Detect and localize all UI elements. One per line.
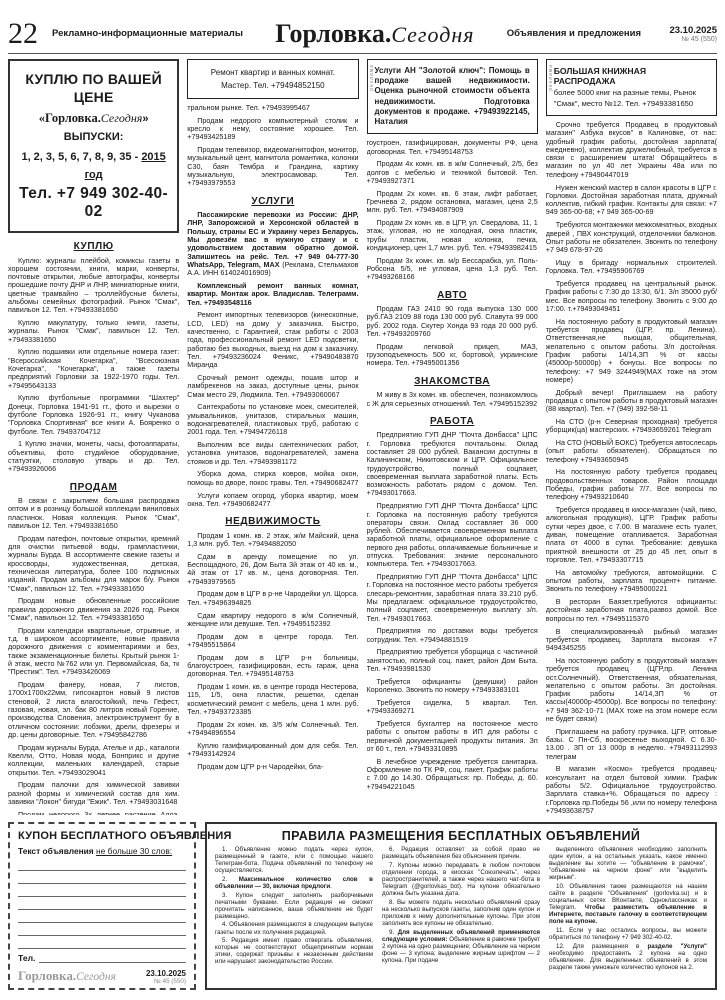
- classified-ad: На постоянную работу в продуктовый магаз…: [546, 318, 717, 384]
- classified-ad: Требуется официанты (девушки) район Коро…: [367, 678, 538, 695]
- coupon-text-label: Текст объявления не больше 30 слов:: [18, 846, 186, 856]
- classified-ad: Предприятию требуется уборщица с частичн…: [367, 648, 538, 673]
- promo-line: 1, 2, 3, 5, 6, 7, 8, 9, 35 - 2015 год: [13, 147, 174, 183]
- section-heading: АВТО: [367, 290, 538, 301]
- classified-ad: Пассажирские перевозки из России: ДНР, Л…: [187, 211, 358, 277]
- rules-column-3: выделенного объявления необходимо заполн…: [549, 846, 707, 973]
- header-right-label: Объявления и предложения: [507, 28, 641, 39]
- promo-segment: «Горловка.: [39, 111, 101, 125]
- coupon-date: 23.10.2025: [146, 969, 186, 978]
- classified-ad: Добрый вечер! Приглашаем на работу прода…: [546, 389, 717, 414]
- classified-ad: Предприятия по доставки воды требуется с…: [367, 627, 538, 644]
- boxed-ad-line: более 5000 книг на разные темы, Рынок: [554, 88, 709, 99]
- classified-ad: 1 Куплю значки, монеты, часы, фотоаппара…: [8, 440, 179, 473]
- classified-ad: Продам 2х комн. кв. 6 этаж, лифт работае…: [367, 190, 538, 215]
- classified-ad: На постоянную работу в продуктовый магаз…: [546, 657, 717, 723]
- classified-ad: В специализированный рыбный магазин треб…: [546, 628, 717, 653]
- rule-item: 7. Купоны можно передавать в любом почто…: [382, 862, 540, 897]
- promo-segment: КУПЛЮ ПО ВАШЕЙ ЦЕНЕ: [25, 71, 161, 105]
- reklama-label: реклама: [548, 64, 554, 91]
- classified-ad: На постоянную работу требуется продавец …: [546, 468, 717, 501]
- rule-item: 2. Максимальное количество слов в объявл…: [215, 876, 373, 890]
- boxed-ad: рекламаБОЛЬШАЯ КНИЖНАЯ РАСПРОДАЖАболее 5…: [546, 59, 717, 116]
- columns: КУПЛЮ ПО ВАШЕЙ ЦЕНЕ«Горловка.Сегодня» ВЫ…: [8, 59, 717, 815]
- classified-ad: Куплю газифицированный дом для себя. Тел…: [187, 742, 358, 759]
- section-heading: УСЛУГИ: [187, 196, 358, 207]
- classified-ad: Продам 3х комн. кв. м/р Бессарабка, ул. …: [367, 257, 538, 282]
- column-2: Ремонт квартир и ванных комнат.Мастер. Т…: [187, 59, 358, 815]
- classified-ad: Продам 2х комн. кв. в ЦГР, ул. Свердлова…: [367, 219, 538, 252]
- column-3: рекламаУслуги АН "Золотой ключ": Помощь …: [367, 59, 538, 815]
- classified-ad: тральном рынке. Тел. +79493995467: [187, 104, 358, 112]
- coupon-logo: Горловка.Сегодня: [18, 967, 116, 985]
- promo-box-buy-issues: КУПЛЮ ПО ВАШЕЙ ЦЕНЕ«Горловка.Сегодня» ВЫ…: [8, 59, 179, 233]
- logo-script-text: Сегодня: [391, 22, 474, 47]
- rule-item: 5. Редакция имеет право отвергать объявл…: [215, 937, 373, 965]
- classified-ad: Продам новые обновленные российские прав…: [8, 597, 179, 622]
- classified-ad: Срочный ремонт одежды, пошив штор и ламб…: [187, 374, 358, 399]
- rule-item: 11. Если у вас остались вопросы, вы може…: [549, 927, 707, 941]
- newspaper-logo: Горловка.Сегодня: [243, 19, 507, 49]
- coupon-logo-script: Сегодня: [76, 971, 116, 983]
- classified-ad: Куплю: журналы плейбой, комиксы газеты в…: [8, 257, 179, 315]
- coupon-write-line: [18, 923, 186, 936]
- rules-column-2: 6. Редакция оставляет за собой право не …: [382, 846, 540, 973]
- classified-ad: Требуется продавец в киоск-магазин (чай,…: [546, 506, 717, 564]
- issue-info: 23.10.2025 № 45 (550): [655, 25, 717, 43]
- classified-ad: В лечебное учреждение требуется санитарк…: [367, 758, 538, 791]
- classified-ad: Сдам квартиру недорого в ж/м Солнечный, …: [187, 612, 358, 629]
- rule-item: 1. Объявление можно подать через купон, …: [215, 846, 373, 874]
- classified-ad: Продам дом в центре города. Тел. +794955…: [187, 633, 358, 650]
- boxed-ad-text: Ремонт квартир и ванных комнат.: [195, 66, 350, 79]
- classified-ad: Продам 1 комн. кв. в центре города Несте…: [187, 683, 358, 716]
- coupon-phone-write-line: [39, 952, 186, 963]
- classified-ad: Сдам в аренду помещение по ул. Беспощадн…: [187, 553, 358, 586]
- promo-line: Тел. +7 949 302-40-02: [13, 185, 174, 221]
- rules-columns: 1. Объявление можно подать через купон, …: [215, 846, 707, 973]
- boxed-ad-text: Мастер. Тел. +79494852150: [195, 79, 350, 92]
- classified-ad: Продам 1 комн. кв. 2 этаж, ж/м Майский, …: [187, 532, 358, 549]
- rule-item: 10. Объявления также размещаются на наше…: [549, 883, 707, 926]
- classified-ad: Требуется продавец на центральный рынок.…: [546, 280, 717, 313]
- classified-ad: Требуется сиделка, 5 квартал. Тел. +7949…: [367, 699, 538, 716]
- coupon-write-line: [18, 884, 186, 897]
- classified-ad: Куплю футбольные программки "Шахтер" Дон…: [8, 394, 179, 435]
- classified-ad: Продам календари квартальные, отрывные, …: [8, 627, 179, 677]
- promo-line: «Горловка.Сегодня» ВЫПУСКИ:: [13, 109, 174, 145]
- classified-ad: Продам телевизор, видеомагнитофон, монит…: [187, 146, 358, 187]
- classified-ad: Продам недорого 3х летнее растение Алоэ.…: [8, 811, 179, 815]
- promo-segment: 1, 2, 3, 5, 6, 7, 8, 9, 35 -: [21, 151, 141, 163]
- column-4: рекламаБОЛЬШАЯ КНИЖНАЯ РАСПРОДАЖАболее 5…: [546, 59, 717, 815]
- classified-ad: Предприятию ГУП ДНР "Почта Донбасса" ЦПС…: [367, 431, 538, 497]
- classified-ad: Требуются монтажники межкомнатных, входн…: [546, 221, 717, 254]
- boxed-ad-title: БОЛЬШАЯ КНИЖНАЯ РАСПРОДАЖА: [554, 66, 709, 86]
- coupon-write-line: [18, 910, 186, 923]
- classified-ad: Продам палочки для химической завивки ра…: [8, 781, 179, 806]
- classified-ad: Ищу в бригаду нормальных строителей. Гор…: [546, 259, 717, 276]
- issue-number: № 45 (550): [655, 36, 717, 43]
- classified-ad: Ремонт импортных телевизоров (кинескопны…: [187, 311, 358, 369]
- free-ad-coupon: КУПОН БЕСПЛАТНОГО ОБЪЯВЛЕНИЯ Текст объяв…: [8, 822, 196, 990]
- classified-ad: На СТО (НОВЫЙ БОКС) Требуется автослесар…: [546, 439, 717, 464]
- coupon-logo-main: Горловка.: [18, 968, 76, 983]
- classified-ad: Продам дом ЦГР р-н Чародейки, бла-: [187, 763, 358, 771]
- classified-ad: В ресторан Баязет,требуются официанты: д…: [546, 598, 717, 623]
- section-heading: ЗНАКОМСТВА: [367, 376, 538, 387]
- classified-ad: Приглашаем на работу грузчика. ЦГР, опто…: [546, 728, 717, 761]
- promo-segment: Сегодня: [101, 111, 143, 125]
- classified-ad: Нужен женский мастер в салон красоты в Ц…: [546, 184, 717, 217]
- section-heading: ПРОДАМ: [8, 482, 179, 493]
- classified-ad: гоустроен, газифицирован, документы РФ, …: [367, 139, 538, 156]
- section-heading: НЕДВИЖИМОСТЬ: [187, 516, 358, 527]
- classified-ad: Продам дом в ЦГР р-н больницы, благоустр…: [187, 654, 358, 679]
- coupon-write-line: [18, 936, 186, 949]
- coupon-phone-label: Тел.: [18, 953, 35, 963]
- rule-item: 4. Объявления размещаются в следующем вы…: [215, 921, 373, 935]
- classified-ad: Куплю подшивки или отдельные номера газе…: [8, 348, 179, 389]
- section-heading: КУПЛЮ: [8, 241, 179, 252]
- coupon-word-limit: не больше 30 слов:: [96, 846, 172, 856]
- classified-ad: В магазин «Космо» требуется продавец-кон…: [546, 765, 717, 815]
- coupon-phone-row: Тел.: [18, 952, 186, 963]
- coupon-title: КУПОН БЕСПЛАТНОГО ОБЪЯВЛЕНИЯ: [18, 830, 186, 842]
- coupon-footer: Горловка.Сегодня 23.10.2025 № 45 (550): [18, 967, 186, 985]
- boxed-ad-text: Услуги АН "Золотой ключ": Помощь в прода…: [375, 66, 530, 127]
- rules-box: ПРАВИЛА РАЗМЕЩЕНИЯ БЕСПЛАТНЫХ ОБЪЯВЛЕНИЙ…: [205, 822, 717, 990]
- rule-item: 8. Вы можете подать несколько объявлений…: [382, 899, 540, 927]
- classified-ad: Продам журналы Бурда, Ателье и др., ката…: [8, 744, 179, 777]
- promo-segment: Тел. +7 949 302-40-02: [19, 185, 168, 220]
- rule-item: выделенного объявления необходимо заполн…: [549, 846, 707, 881]
- coupon-lines: [18, 858, 186, 949]
- classified-ad: На автомойку требуются, автомойщики. С о…: [546, 569, 717, 594]
- newspaper-page: 22 Рекламно-информационные материалы Гор…: [0, 0, 725, 1000]
- classified-ad: Продам патефон, почтовые открытки, кремн…: [8, 535, 179, 593]
- classified-ad: Требуется бухгалтер на постоянное место …: [367, 720, 538, 753]
- classified-ad: Продам ГАЗ 2410 90 года выпуска 130 000 …: [367, 305, 538, 338]
- coupon-write-line: [18, 858, 186, 871]
- logo-main-text: Горловка.: [275, 19, 391, 48]
- coupon-issue-number: № 45 (550): [146, 978, 186, 985]
- classified-ad: Выполним все виды сантехнических работ, …: [187, 441, 358, 466]
- classified-ad: Продам фанеру, новая, 7 листов, 1700х170…: [8, 681, 179, 739]
- boxed-ad: Ремонт квартир и ванных комнат.Мастер. Т…: [187, 59, 358, 99]
- rules-title: ПРАВИЛА РАЗМЕЩЕНИЯ БЕСПЛАТНЫХ ОБЪЯВЛЕНИЙ: [215, 829, 707, 843]
- rules-column-1: 1. Объявление можно подать через купон, …: [215, 846, 373, 973]
- classified-ad: Сантехработы по установке моек, смесител…: [187, 403, 358, 436]
- classified-ad: Куплю макулатуру, только книги, газеты, …: [8, 319, 179, 344]
- classified-ad: Срочно требуется Продавец в продуктовый …: [546, 121, 717, 179]
- column-1: КУПЛЮ ПО ВАШЕЙ ЦЕНЕ«Горловка.Сегодня» ВЫ…: [8, 59, 179, 815]
- rule-item: 3. Купон следует заполнять разборчивыми …: [215, 892, 373, 920]
- coupon-label-bold: Текст объявления: [18, 846, 94, 856]
- classified-ad: М живу в 3х комн. кв. обеспечен, познако…: [367, 391, 538, 408]
- page-header: 22 Рекламно-информационные материалы Гор…: [8, 0, 717, 54]
- classified-ad: Предприятию ГУП ДНР "Почта Донбасса" ЦПС…: [367, 573, 538, 623]
- classified-ad: Продам дом в ЦГР в р-не Чародейки ул. Що…: [187, 590, 358, 607]
- rule-item: 6. Редакция оставляет за собой право не …: [382, 846, 540, 860]
- classified-ad: Продам 4х комн. кв. в ж/м Солнечный, 2/5…: [367, 160, 538, 185]
- bottom-section: КУПОН БЕСПЛАТНОГО ОБЪЯВЛЕНИЯ Текст объяв…: [8, 822, 717, 990]
- coupon-issue-info: 23.10.2025 № 45 (550): [146, 969, 186, 985]
- classified-ad: В связи с закрытием большая распродажа о…: [8, 497, 179, 530]
- promo-line: КУПЛЮ ПО ВАШЕЙ ЦЕНЕ: [13, 71, 174, 107]
- classified-ad: Комплексный ремонт ванных комнат, кварти…: [187, 282, 358, 307]
- classified-ad: Продам 2х комн. кв. 3/5 ж/м Солнечный. Т…: [187, 721, 358, 738]
- classified-ad: Услуги копаем огород, уборка квартир, мо…: [187, 492, 358, 509]
- rule-item: 9. Для выделенных объявлений применяются…: [382, 929, 540, 964]
- header-left-label: Рекламно-информационные материалы: [52, 28, 243, 39]
- issue-date: 23.10.2025: [655, 25, 717, 36]
- boxed-ad: рекламаУслуги АН "Золотой ключ": Помощь …: [367, 59, 538, 134]
- reklama-label: реклама: [369, 64, 375, 91]
- page-number: 22: [8, 19, 38, 49]
- classified-ad: Продам недорого компьютерный столик и кр…: [187, 117, 358, 142]
- classified-ad: На СТО (р-н Северная проходная) требуетс…: [546, 418, 717, 435]
- classified-ad: Предприятию ГУП ДНР "Почта Донбасса" ЦПС…: [367, 502, 538, 568]
- coupon-write-line: [18, 897, 186, 910]
- rule-item: 12. Для размещения в разделе "Услуги" не…: [549, 943, 707, 971]
- boxed-ad-line: "Смак", место №12. Тел. +79493381650: [554, 99, 709, 110]
- section-heading: РАБОТА: [367, 416, 538, 427]
- coupon-write-line: [18, 871, 186, 884]
- classified-ad: Уборка дома, стирка ковров, мойка окон, …: [187, 470, 358, 487]
- classified-ad: Продам легковой прицеп, МАЗ, грузоподъем…: [367, 343, 538, 368]
